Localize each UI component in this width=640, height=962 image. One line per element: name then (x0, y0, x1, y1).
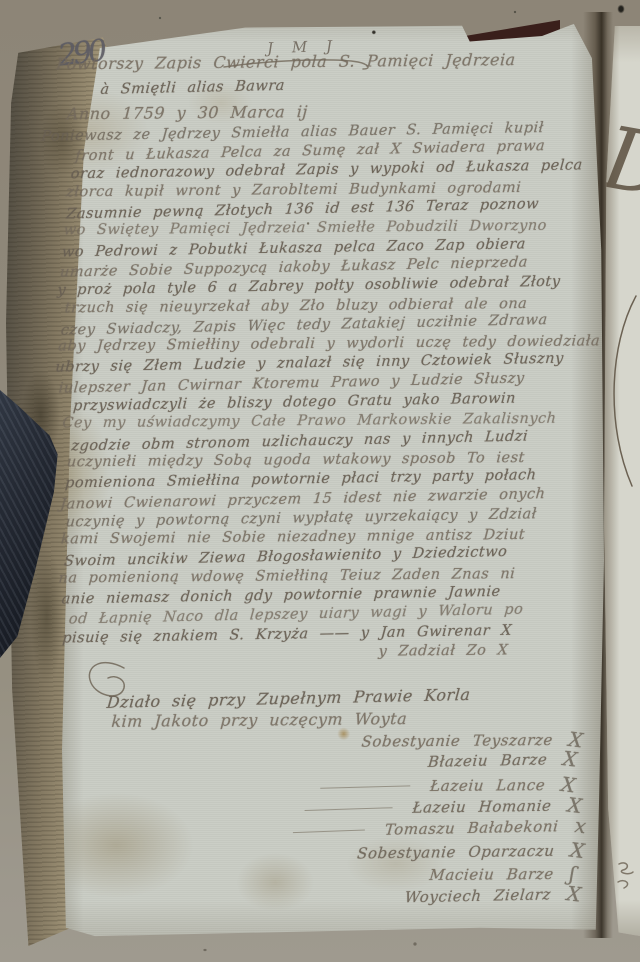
manuscript-line: Powtorszy Zapis Cwierci pola S. Pamięci … (56, 49, 581, 73)
witness-name: Macieiu Barze (428, 865, 554, 884)
witness-x-mark: X (562, 747, 580, 773)
manuscript-line-text: y Zadział Zo X (378, 642, 509, 659)
manuscript-line-text: Powtorszy Zapis Cwierci pola S. Pamięci … (56, 50, 517, 73)
witness-name: Łazeiu Lance (430, 776, 547, 795)
manuscript-line: y Zadział Zo X (378, 642, 589, 663)
manuscript-line: à Smiętli alias Bawra (100, 72, 582, 102)
facing-page-flourish (603, 294, 640, 494)
witness-name: Tomaszu Bałabekoni (385, 818, 560, 840)
signature-dash (305, 807, 393, 811)
manuscript-line-text: uczyniełi między Sobą ugoda wtakowy spos… (66, 450, 525, 470)
manuscript-line-text: à Smiętli alias Bawra (100, 78, 286, 98)
witness-name: Sobestyanie Oparzaczu (356, 842, 555, 863)
witness-name: Łazeiu Homanie (412, 797, 553, 817)
manuscript-lines: Powtorszy Zapis Cwierci pola S. Pamięci … (40, 48, 589, 732)
witness-x-mark: x (574, 814, 589, 839)
witness-x-mark: X (566, 881, 584, 907)
manuscript-text: Powtorszy Zapis Cwierci pola S. Pamięci … (40, 48, 592, 913)
manuscript-line: kim Jakoto przy uczęcym Woyta (111, 707, 590, 731)
witness-name: Woyciech Zielarz (404, 885, 552, 906)
witness-name: Błazeiu Barze (427, 751, 548, 771)
manuscript-line-text: kim Jakoto przy uczęcym Woyta (111, 708, 408, 730)
manuscript-photo: D 290 J M J Powtorszy Zapis Cwierci pola… (0, 0, 640, 962)
witness-list: Sobestyanie Teyszarze X Błazeiu Barze X … (50, 727, 592, 914)
manuscript-line-text: Anno 1759 y 30 Marca ij (66, 102, 308, 123)
manuscript-line: Anno 1759 y 30 Marca ij (66, 99, 581, 123)
signature-dash (320, 785, 410, 788)
manuscript-line-text: wo Swiętey Pamięci Jędrzeia Smiełłe Pobu… (63, 218, 547, 239)
manuscript-line-text: na pomienioną wdowę Smiełłiną Teiuz Zade… (58, 566, 516, 586)
signature-dash (293, 829, 365, 833)
facing-page-scribble (615, 858, 637, 892)
witness-x-mark: X (569, 837, 587, 863)
facing-page: D (603, 26, 640, 936)
witness-name: Sobestyanie Teyszarze (361, 731, 554, 751)
